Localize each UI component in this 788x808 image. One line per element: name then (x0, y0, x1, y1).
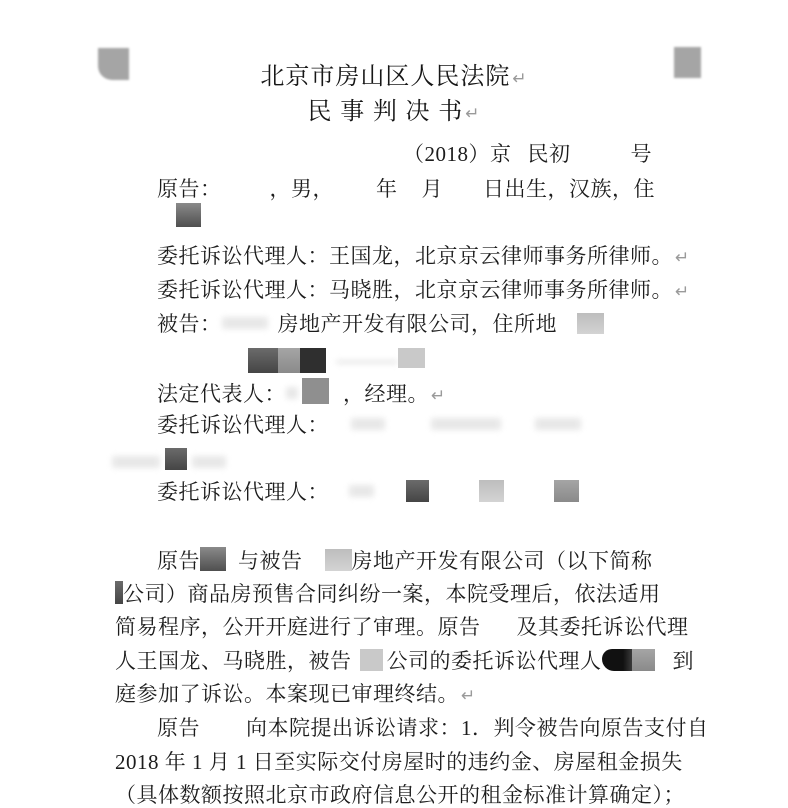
plaintiff-agent1-line: 委托诉讼代理人：王国龙，北京京云律师事务所律师。↵ (157, 243, 690, 271)
redacted-blank (329, 400, 343, 401)
redacted-blank (329, 498, 349, 499)
redacted-blank (374, 498, 406, 499)
redacted-blank (504, 498, 554, 499)
body-p1-line2: 公司）商品房预售合同纠纷一案，本院受理后，依法适用 (115, 581, 661, 607)
body-p1-line4: 人王国龙、马晓胜，被告公司的委托诉讼代理人到 (115, 648, 694, 674)
redacted-blank (200, 734, 246, 735)
redaction-smudge (431, 418, 501, 430)
paragraph-mark-icon: ↵ (675, 248, 690, 268)
defendant-line: 被告：房地产开发有限公司，住所地 (157, 311, 604, 337)
redacted-blank (655, 667, 673, 668)
body-text: 及其委托诉讼代理 (517, 615, 689, 639)
body-text: 到 (673, 649, 695, 673)
defendant-agent-label: 委托诉讼代理人： (157, 480, 329, 504)
case-number-suffix: 号 (631, 142, 653, 166)
plaintiff-agent2-line: 委托诉讼代理人：马晓胜，北京京云律师事务所律师。↵ (157, 277, 690, 305)
redaction-smudge (192, 456, 226, 468)
body-text: 公司的委托诉讼代理人 (387, 649, 602, 673)
body-text: 2018 年 1 月 1 日至实际交付房屋时的违约金、房屋租金损失 (115, 750, 683, 774)
redaction-block (479, 480, 504, 502)
plaintiff-agent2-text: 委托诉讼代理人：马晓胜，北京京云律师事务所律师。 (157, 278, 673, 302)
defendant-label: 被告： (157, 312, 222, 336)
redacted-blank (334, 195, 376, 196)
redacted-blank (557, 330, 577, 331)
redacted-blank (303, 567, 325, 568)
redaction-block (176, 203, 201, 227)
redacted-blank (481, 633, 517, 634)
redaction-block (165, 448, 187, 470)
paragraph-mark-icon: ↵ (431, 386, 446, 406)
plaintiff-month-label: 月 (422, 177, 444, 201)
judgment-document-page: 北京市房山区人民法院↵ 民 事 判 决 书↵ （2018）京民初号 原告：，男，… (0, 0, 788, 808)
redaction-block (115, 581, 123, 604)
plaintiff-line: 原告：，男，年月日出生，汉族，住 (157, 176, 655, 202)
redacted-blank (443, 195, 483, 196)
body-text: 房地产开发有限公司（以下简称 (352, 549, 653, 573)
redacted-blank (429, 498, 479, 499)
defendant-agent1-line: 委托诉讼代理人： (157, 412, 581, 438)
redaction-smudge (286, 387, 298, 399)
redaction-smudge (336, 360, 398, 364)
case-number-mid: 民初 (528, 142, 571, 166)
redaction-block (554, 480, 579, 502)
plaintiff-birth-text: 日出生，汉族，住 (483, 177, 655, 201)
body-p2-line2: 2018 年 1 月 1 日至实际交付房屋时的违约金、房屋租金损失 (115, 749, 683, 775)
redaction-block (248, 348, 278, 373)
court-title-line: 北京市房山区人民法院↵ (0, 64, 788, 92)
body-text: 原告 (157, 549, 200, 573)
body-text: 人王国龙、马晓胜，被告 (115, 649, 352, 673)
plaintiff-gender: ，男， (270, 177, 335, 201)
defendant-agent2-line: 委托诉讼代理人： (157, 479, 579, 505)
redaction-smudge (535, 418, 581, 430)
doc-title-line: 民 事 判 决 书↵ (0, 99, 788, 127)
redacted-blank (571, 160, 631, 161)
paragraph-mark-icon: ↵ (465, 104, 480, 124)
body-p1-line1: 原告与被告房地产开发有限公司（以下简称 (157, 547, 653, 574)
defendant-agent-label: 委托诉讼代理人： (157, 413, 329, 437)
redacted-blank (268, 330, 278, 331)
redaction-block (577, 313, 604, 334)
redacted-blank (222, 195, 270, 196)
redaction-block (632, 649, 655, 671)
body-text: （具体数额按照北京市政府信息公开的租金标准计算确定）； (115, 783, 685, 807)
redacted-blank (226, 567, 238, 568)
body-text: 与被告 (238, 549, 303, 573)
redaction-smudge (222, 317, 268, 329)
redacted-blank (385, 431, 431, 432)
body-text: 庭参加了诉讼。本案现已审理终结。 (115, 682, 459, 706)
redaction-block (398, 348, 425, 368)
legal-rep-title-text: ，经理。 (343, 382, 429, 406)
redaction-block (325, 549, 352, 571)
case-number-prefix: （2018）京 (403, 142, 512, 166)
body-p1-line3: 简易程序，公开开庭进行了审理。原告及其委托诉讼代理 (115, 614, 689, 640)
redacted-blank (352, 667, 360, 668)
redacted-blank (329, 431, 351, 432)
redacted-blank (398, 195, 422, 196)
plaintiff-year-label: 年 (376, 177, 398, 201)
body-text: 向本院提出诉讼请求：1．判令被告向原告支付自 (246, 716, 709, 740)
redaction-block (360, 649, 383, 671)
redaction-smudge (351, 418, 385, 430)
case-number-line: （2018）京民初号 (403, 141, 652, 167)
redaction-block (278, 348, 300, 373)
redacted-blank (501, 431, 535, 432)
redaction-smudge (349, 485, 374, 497)
court-title: 北京市房山区人民法院 (260, 63, 510, 90)
body-p1-line5: 庭参加了诉讼。本案现已审理终结。↵ (115, 681, 476, 709)
body-p2-line1: 原告向本院提出诉讼请求：1．判令被告向原告支付自 (157, 715, 709, 741)
doc-title: 民 事 判 决 书 (308, 98, 464, 125)
redacted-blank (512, 160, 528, 161)
body-text: 公司）商品房预售合同纠纷一案，本院受理后，依法适用 (123, 582, 661, 606)
plaintiff-label: 原告： (157, 177, 222, 201)
body-text: 原告 (157, 716, 200, 740)
legal-rep-label: 法定代表人： (157, 382, 286, 406)
plaintiff-agent1-text: 委托诉讼代理人：王国龙，北京京云律师事务所律师。 (157, 244, 673, 268)
body-p2-line3: （具体数额按照北京市政府信息公开的租金标准计算确定）； (115, 782, 685, 808)
redaction-block (200, 547, 226, 571)
redaction-block (406, 480, 429, 502)
defendant-company-text: 房地产开发有限公司，住所地 (278, 312, 558, 336)
legal-rep-line: 法定代表人：，经理。↵ (157, 378, 446, 409)
paragraph-mark-icon: ↵ (512, 69, 527, 89)
body-text: 简易程序，公开开庭进行了审理。原告 (115, 615, 481, 639)
paragraph-mark-icon: ↵ (675, 282, 690, 302)
redaction-smudge (112, 456, 160, 468)
redaction-block (602, 649, 632, 671)
paragraph-mark-icon: ↵ (461, 686, 476, 706)
redaction-block (300, 348, 326, 373)
redaction-block (302, 378, 329, 404)
